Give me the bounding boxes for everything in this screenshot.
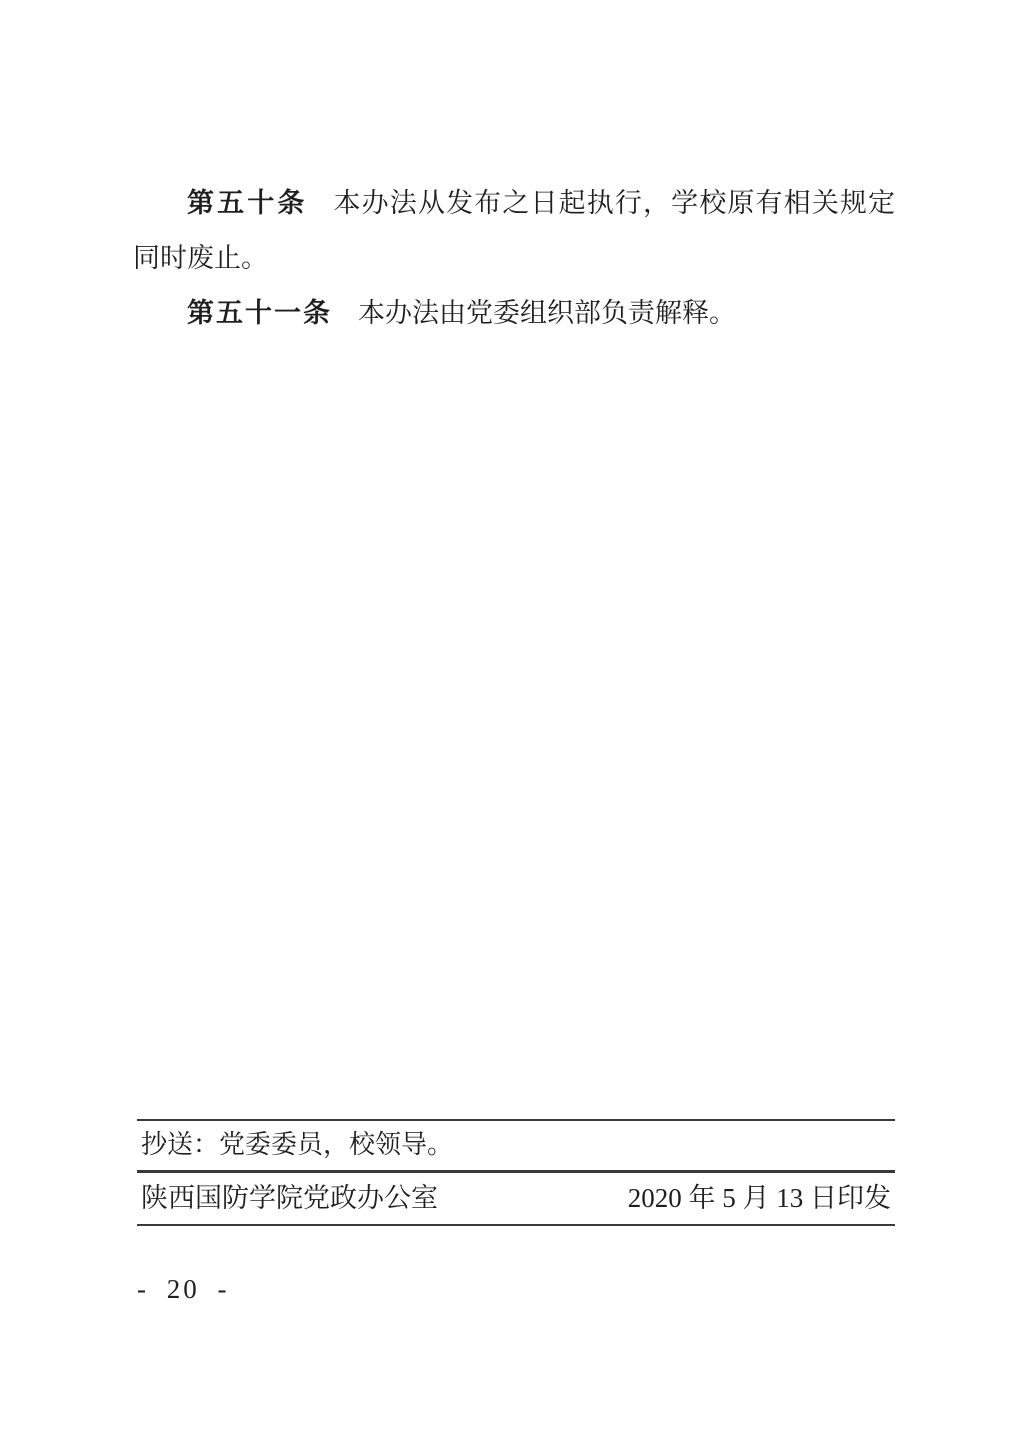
article-50-number: 第五十条 <box>187 188 308 218</box>
document-page: 第五十条本办法从发布之日起执行，学校原有相关规定同时废止。 第五十一条本办法由党… <box>0 0 1024 1448</box>
article-51-text: 本办法由党委组织部负责解释。 <box>358 298 736 328</box>
page-number: - 20 - <box>137 1274 229 1304</box>
article-51-paragraph: 第五十一条本办法由党委组织部负责解释。 <box>133 286 895 341</box>
document-body: 第五十条本办法从发布之日起执行，学校原有相关规定同时废止。 第五十一条本办法由党… <box>133 176 895 341</box>
article-50-paragraph: 第五十条本办法从发布之日起执行，学校原有相关规定同时废止。 <box>133 176 895 286</box>
print-date: 2020 年 5 月 13 日印发 <box>628 1184 891 1213</box>
cc-recipients: 党委委员，校领导。 <box>219 1130 453 1159</box>
cc-row: 抄送：党委委员，校领导。 <box>137 1119 895 1170</box>
issuing-office: 陕西国防学院党政办公室 <box>141 1184 438 1213</box>
issuer-row: 陕西国防学院党政办公室 2020 年 5 月 13 日印发 <box>137 1170 895 1226</box>
colophon-block: 抄送：党委委员，校领导。 陕西国防学院党政办公室 2020 年 5 月 13 日… <box>137 1119 895 1226</box>
article-51-number: 第五十一条 <box>187 298 332 328</box>
cc-label: 抄送： <box>141 1130 219 1159</box>
